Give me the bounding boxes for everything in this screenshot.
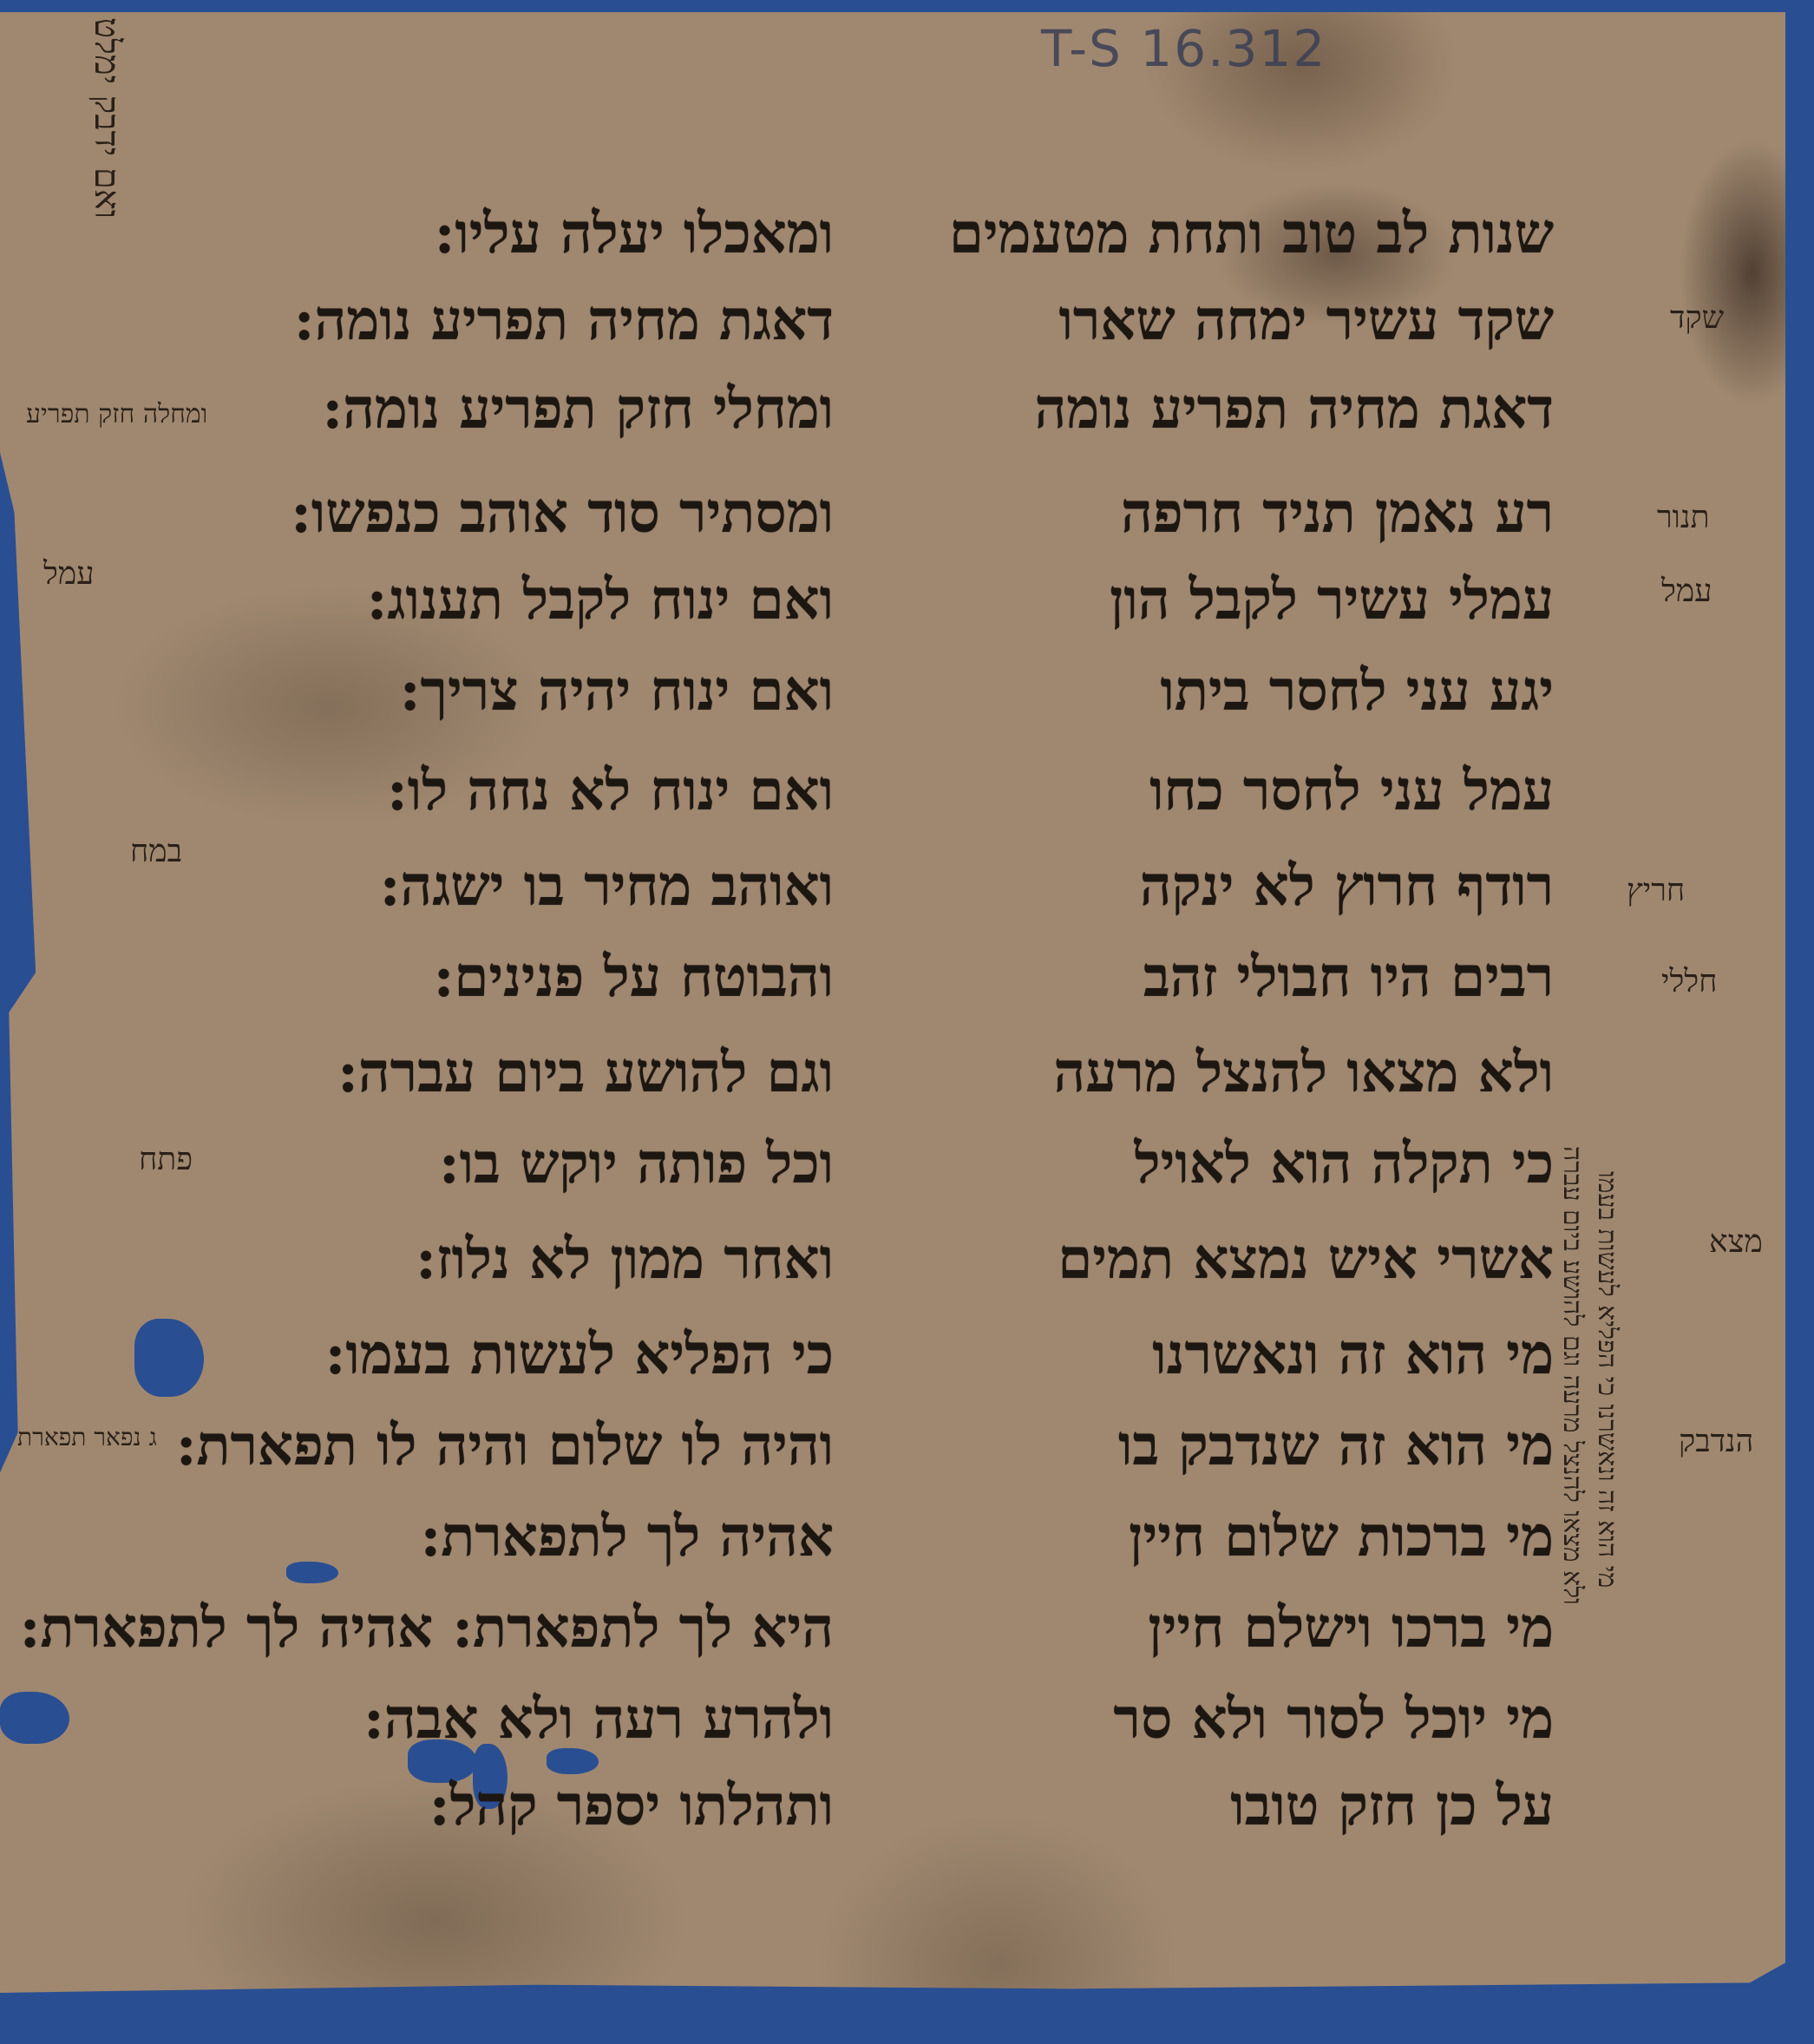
line-18-right: על כן חזק טובו — [1230, 1779, 1554, 1834]
line-11-left: וכל פותה יוקש בו: — [439, 1137, 834, 1192]
tear-hole — [547, 1748, 599, 1774]
right-margin-gloss: הנדבק — [1679, 1423, 1753, 1459]
line-17-left: ולהרע רעה ולא אבה: — [363, 1692, 834, 1747]
margin-vertical-note: ואם ידבק ימלט — [87, 17, 128, 219]
line-16-left: היא לך לתפארת: אהיה לך לתפארת: — [20, 1601, 834, 1656]
line-11-right: כי תקלה הוא לאויל — [1135, 1137, 1554, 1192]
line-6-right: יגע עני לחסר ביתו — [1161, 664, 1554, 719]
line-2-left: דאגת מחיה תפריע נומה: — [294, 293, 834, 349]
line-14-left: והיה לו שלום והיה לו תפארת: — [176, 1418, 834, 1474]
right-margin-gloss: חללי — [1661, 963, 1717, 999]
right-margin-gloss: תנור — [1657, 499, 1710, 535]
line-7-left: ואם ינוח לא נחה לו: — [387, 763, 834, 819]
line-15-left: אהיה לך לתפארת: — [421, 1510, 834, 1565]
line-13-left: כי הפליא לעשות בעמו: — [325, 1327, 834, 1383]
tear-hole — [286, 1562, 338, 1583]
left-margin-gloss: ג נפאר תפארת — [17, 1423, 157, 1452]
line-1-right: שנות לב טוב ותחת מטעמים — [949, 206, 1554, 262]
line-5-right: עמלי עשיר לקבל הון — [1110, 573, 1554, 628]
line-8-left: ואוהב מחיר בו ישגה: — [380, 859, 834, 914]
line-5-left: ואם ינוח לקבל תענוג: — [367, 573, 834, 628]
right-margin-gloss: עמל — [1661, 573, 1712, 609]
line-12-right: אשרי איש נמצא תמים — [1058, 1232, 1554, 1287]
line-13-right: מי הוא זה ונאשרנו — [1152, 1327, 1554, 1383]
gutter-vertical-gloss: מי הוא זה ונאשרנו כי הפליא לעשות בעמו — [1592, 1024, 1622, 1588]
left-margin-gloss: עמל — [43, 555, 95, 592]
line-18-left: ותהלתו יספר קהל: — [429, 1779, 834, 1834]
line-7-right: עמל עני לחסר כחו — [1149, 763, 1554, 819]
right-margin-gloss: מצא — [1709, 1223, 1763, 1260]
line-2-right: שקד עשיר ימחה שארו — [1058, 293, 1554, 349]
right-margin-gloss: חריץ — [1627, 872, 1685, 908]
tear-hole — [134, 1319, 204, 1397]
tear-hole — [0, 1692, 69, 1744]
line-17-right: מי יוכל לסור ולא סר — [1113, 1692, 1554, 1747]
left-margin-gloss: במח — [130, 833, 182, 869]
line-3-right: דאגת מחיה תפריע נומה — [1035, 382, 1555, 437]
line-4-right: רע נאמן תניד חרפה — [1121, 486, 1554, 541]
line-4-left: ומסתיר סוד אוהב כנפשו: — [291, 486, 834, 541]
left-margin-gloss: ומחלה חזק תפריע — [26, 399, 207, 429]
shelfmark: T-S 16.312 — [1041, 19, 1326, 78]
line-10-left: וגם להושע ביום עברה: — [337, 1045, 834, 1101]
line-15-right: מי ברכות שלום חיין — [1129, 1510, 1554, 1565]
right-margin-gloss: שקד — [1670, 299, 1724, 336]
line-16-right: מי ברכו וישלם חיין — [1148, 1601, 1554, 1656]
line-6-left: ואם ינוח יהיה צריך: — [400, 664, 834, 719]
line-8-right: רודף חרוץ לא ינקה — [1140, 859, 1554, 914]
left-margin-gloss: פתח — [139, 1141, 193, 1177]
line-10-right: ולא מצאו להנצל מרעה — [1053, 1045, 1554, 1101]
line-1-left: ומאכלו יעלה עליו: — [435, 206, 834, 262]
line-9-left: והבוטח על פנינים: — [434, 950, 834, 1006]
gutter-vertical-gloss: ולא מצאו להנצל מרעה וגם להושע ביום עברה — [1557, 1041, 1588, 1605]
line-9-right: רבים היו חבולי זהב — [1143, 950, 1554, 1006]
line-14-right: מי הוא זה שנדבק בו — [1118, 1418, 1554, 1474]
line-3-left: ומחלי חזק תפריע נומה: — [322, 382, 834, 437]
line-12-left: ואחר ממון לא נלוז: — [416, 1232, 834, 1287]
